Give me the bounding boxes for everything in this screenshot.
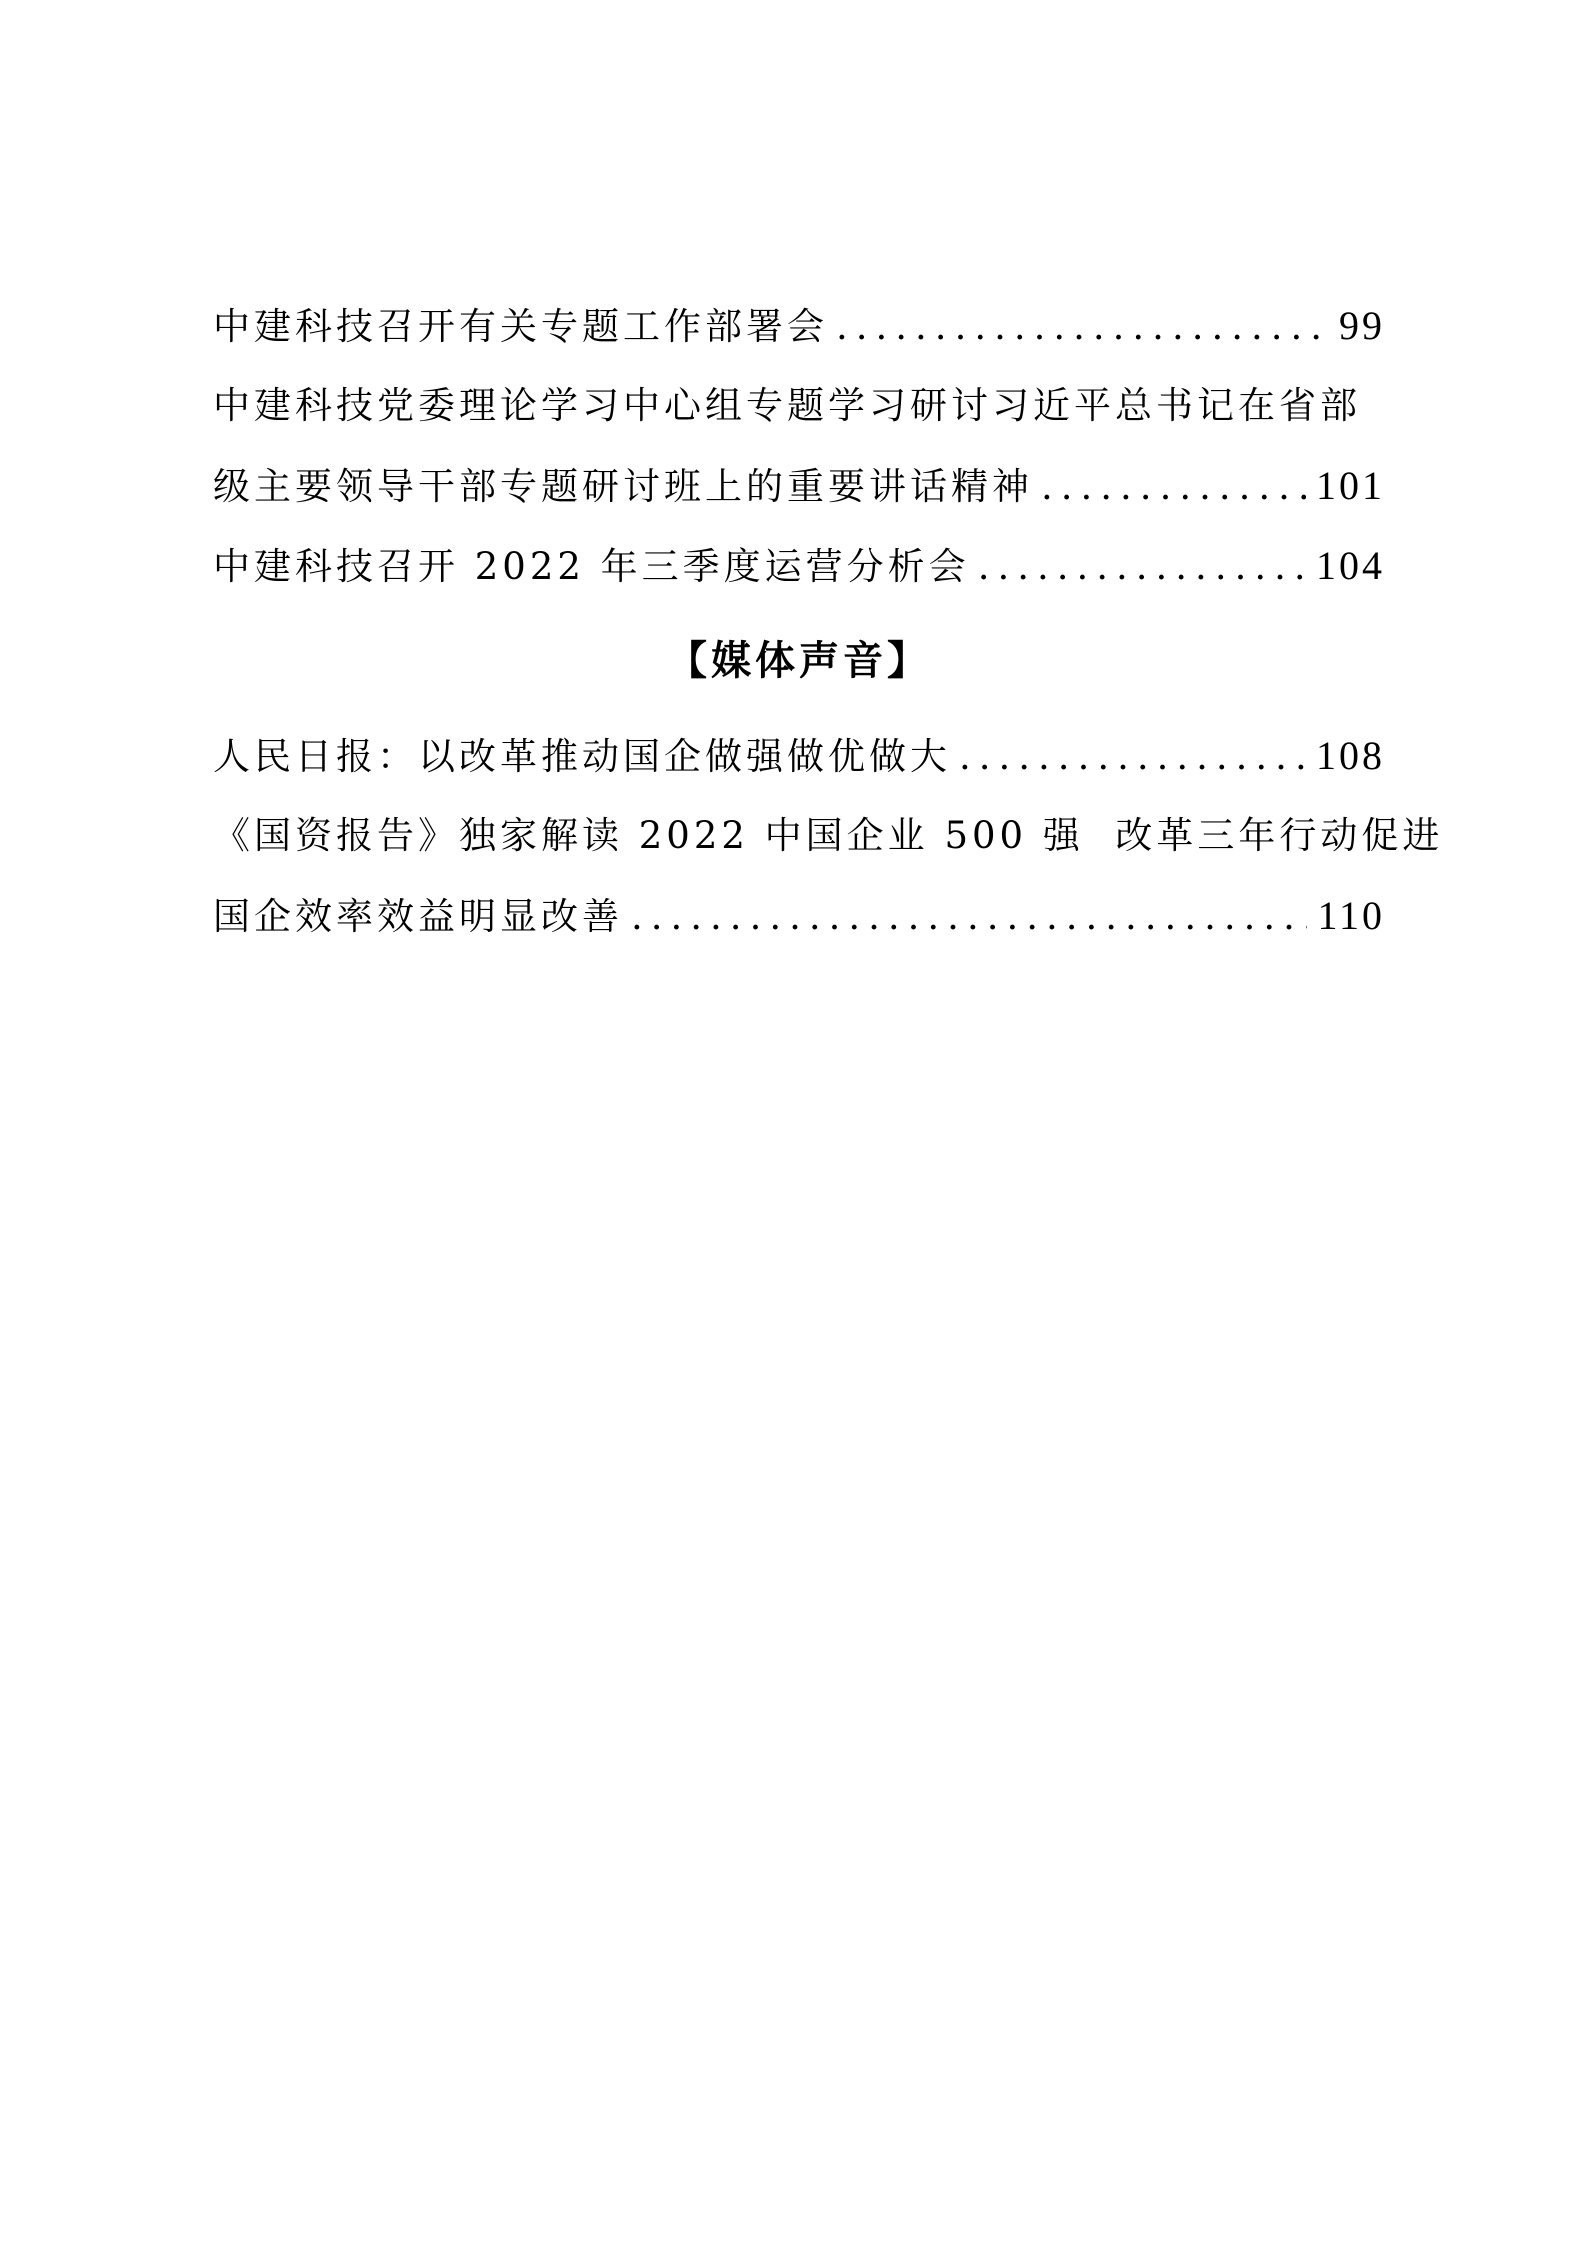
toc-page-number: 104 — [1316, 526, 1385, 606]
toc-entry[interactable]: 中建科技党委理论学习中心组专题学习研讨习近平总书记在省部 级主要领导干部专题研讨… — [213, 366, 1385, 526]
toc-entry-title-continued: 国企效率效益明显改善 — [213, 877, 623, 957]
toc-entry[interactable]: 《国资报告》独家解读 2022 中国企业 500 强 改革三年行动促进 国企效率… — [213, 796, 1385, 956]
toc-entry-title: 中建科技召开 2022 年三季度运营分析会 — [213, 527, 970, 607]
toc-page-number: 108 — [1316, 716, 1385, 796]
toc-entry-title-continued: 级主要领导干部专题研讨班上的重要讲话精神 — [213, 447, 1033, 527]
toc-entry-title: 人民日报：以改革推动国企做强做优做大 — [213, 717, 951, 797]
section-heading: 【媒体声音】 — [213, 606, 1385, 716]
dot-leader — [1041, 447, 1306, 527]
toc-page-number: 99 — [1339, 286, 1385, 366]
toc-page-number: 110 — [1317, 876, 1385, 956]
toc-entry-title: 中建科技召开有关专题工作部署会 — [213, 287, 828, 367]
toc-entry[interactable]: 人民日报：以改革推动国企做强做优做大 108 — [213, 716, 1385, 796]
table-of-contents: 中建科技召开有关专题工作部署会 99 中建科技党委理论学习中心组专题学习研讨习近… — [213, 286, 1385, 956]
toc-entry[interactable]: 中建科技召开 2022 年三季度运营分析会 104 — [213, 526, 1385, 606]
toc-entry[interactable]: 中建科技召开有关专题工作部署会 99 — [213, 286, 1385, 366]
dot-leader — [631, 877, 1307, 957]
toc-entry-title: 《国资报告》独家解读 2022 中国企业 500 强 改革三年行动促进 — [213, 796, 1443, 876]
toc-page-number: 101 — [1316, 446, 1385, 526]
document-page: 中建科技召开有关专题工作部署会 99 中建科技党委理论学习中心组专题学习研讨习近… — [0, 0, 1587, 2245]
dot-leader — [978, 527, 1306, 607]
dot-leader — [959, 717, 1306, 797]
dot-leader — [836, 287, 1329, 367]
toc-entry-title: 中建科技党委理论学习中心组专题学习研讨习近平总书记在省部 — [213, 366, 1361, 446]
